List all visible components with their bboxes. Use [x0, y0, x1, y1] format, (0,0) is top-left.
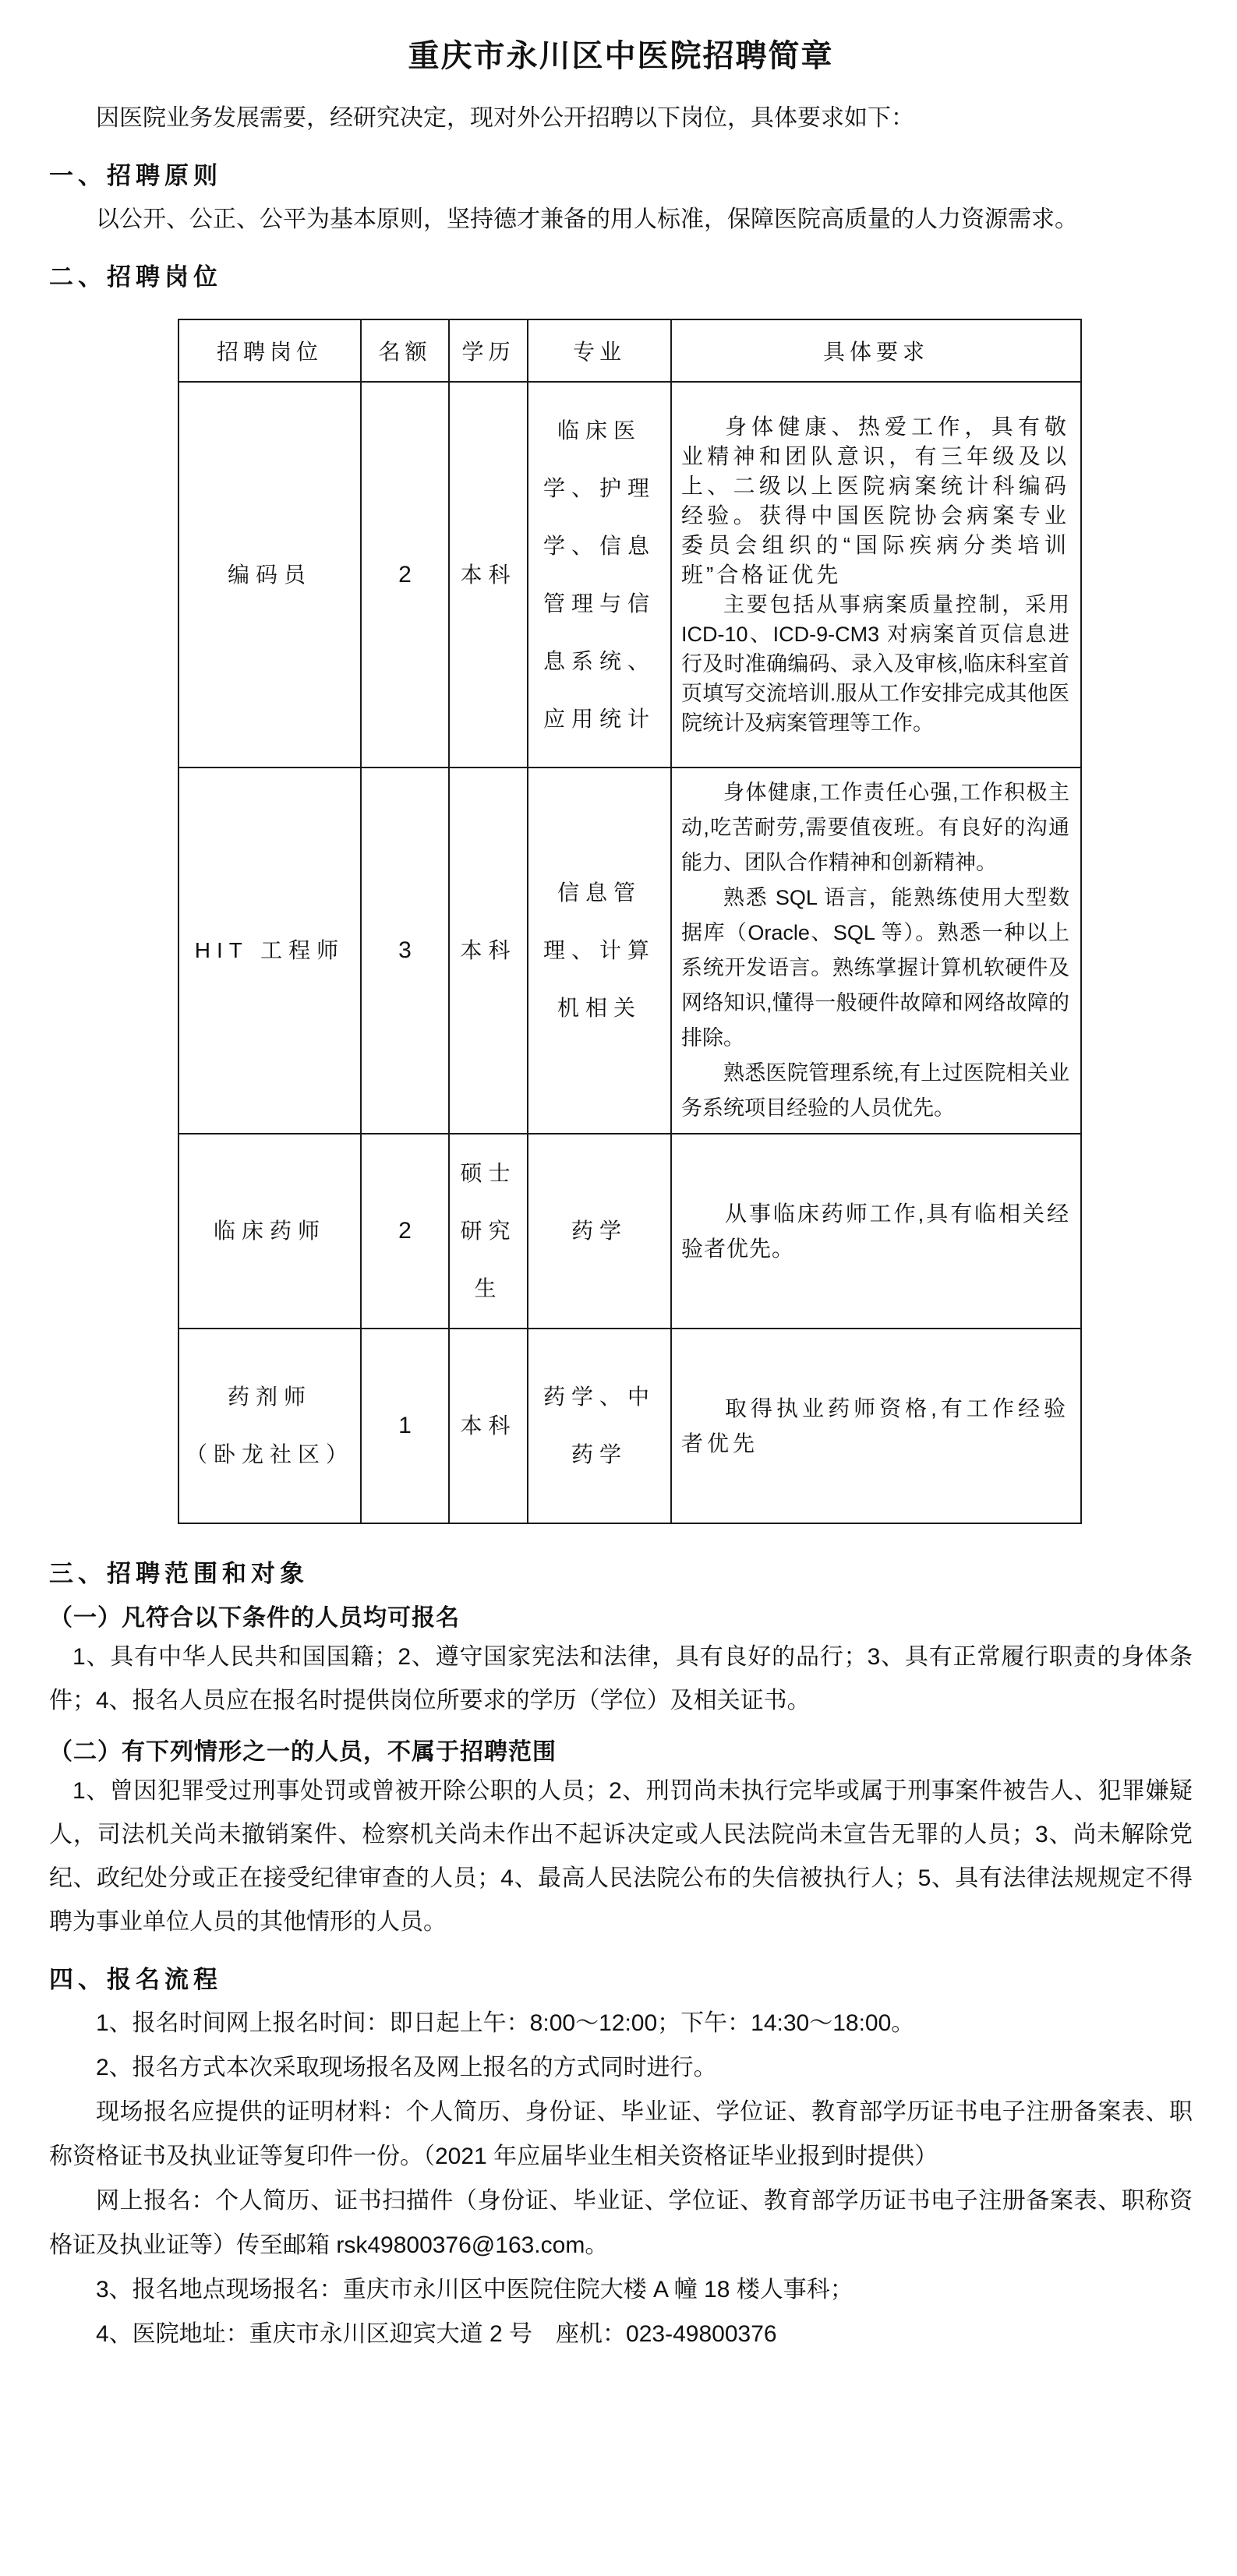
- subsection-2-body: 1、曾因犯罪受过刑事处罚或曾被开除公职的人员；2、刑罚尚未执行完毕或属于刑事案件…: [49, 1770, 1193, 1944]
- major-cell: 药学、中药学: [528, 1329, 671, 1523]
- major-cell: 临床医学、护理学、信息管理与信息系统、应用统计: [528, 382, 671, 768]
- hospital-address-line: 4、医院地址：重庆市永川区迎宾大道 2 号 座机：023-49800376: [49, 2312, 1193, 2356]
- header-major: 专业: [528, 319, 671, 382]
- application-step-method: 2、报名方式本次采取现场报名及网上报名的方式同时进行。: [49, 2045, 1193, 2090]
- header-position: 招聘岗位: [178, 319, 361, 382]
- quota-cell: 2: [361, 382, 449, 768]
- section-2-heading: 二、招聘岗位: [49, 257, 1193, 292]
- education-cell: 本科: [449, 768, 528, 1134]
- header-education: 学历: [449, 319, 528, 382]
- application-onsite-materials: 现场报名应提供的证明材料：个人简历、身份证、毕业证、学位证、教育部学历证书电子注…: [49, 2090, 1193, 2179]
- subsection-1-heading: （一）凡符合以下条件的人员均可报名: [49, 1598, 1193, 1632]
- position-cell: 药剂师 （卧龙社区）: [178, 1329, 361, 1523]
- quota-cell: 3: [361, 768, 449, 1134]
- intro-paragraph: 因医院业务发展需要，经研究决定，现对外公开招聘以下岗位，具体要求如下：: [49, 96, 1193, 140]
- subsection-1-body: 1、具有中华人民共和国国籍；2、遵守国家宪法和法律，具有良好的品行；3、具有正常…: [49, 1636, 1193, 1723]
- application-step-location: 3、报名地点现场报名：重庆市永川区中医院住院大楼 A 幢 18 楼人事科；: [49, 2267, 1193, 2312]
- position-cell: 临床药师: [178, 1134, 361, 1329]
- section-1-heading: 一、招聘原则: [49, 156, 1193, 191]
- position-cell: 编码员: [178, 382, 361, 768]
- education-cell: 硕士研究生: [449, 1134, 528, 1329]
- table-row: 临床药师 2 硕士研究生 药学 从事临床药师工作,具有临相关经验者优先。: [178, 1134, 1081, 1329]
- requirement-paragraph: 熟悉医院管理系统,有上过医院相关业务系统项目经验的人员优先。: [681, 1056, 1069, 1126]
- requirement-paragraph: 从事临床药师工作,具有临相关经验者优先。: [681, 1196, 1069, 1266]
- major-cell: 信息管理、计算机相关: [528, 768, 671, 1134]
- quota-cell: 1: [361, 1329, 449, 1523]
- requirements-cell: 身体健康,工作责任心强,工作积极主动,吃苦耐劳,需要值夜班。有良好的沟通能力、团…: [671, 768, 1081, 1134]
- requirement-paragraph: 取得执业药师资格,有工作经验者优先: [681, 1391, 1069, 1461]
- education-cell: 本科: [449, 382, 528, 768]
- requirements-cell: 身体健康、热爱工作，具有敬业精神和团队意识，有三年级及以上、二级以上医院病案统计…: [671, 382, 1081, 768]
- subsection-2-heading: （二）有下列情形之一的人员，不属于招聘范围: [49, 1732, 1193, 1766]
- education-cell: 本科: [449, 1329, 528, 1523]
- application-step-time: 1、报名时间网上报名时间：即日起上午：8:00～12:00；下午：14:30～1…: [49, 2001, 1193, 2045]
- requirements-cell: 从事临床药师工作,具有临相关经验者优先。: [671, 1134, 1081, 1329]
- section-4-heading: 四、报名流程: [49, 1960, 1193, 1995]
- header-requirements: 具体要求: [671, 319, 1081, 382]
- table-row: 药剂师 （卧龙社区） 1 本科 药学、中药学 取得执业药师资格,有工作经验者优先: [178, 1329, 1081, 1523]
- requirements-cell: 取得执业药师资格,有工作经验者优先: [671, 1329, 1081, 1523]
- requirement-paragraph: 主要包括从事病案质量控制，采用ICD-10、ICD-9-CM3 对病案首页信息进…: [681, 590, 1069, 738]
- table-header-row: 招聘岗位 名额 学历 专业 具体要求: [178, 319, 1081, 382]
- positions-table: 招聘岗位 名额 学历 专业 具体要求 编码员 2 本科 临床医学、护理学、信息管…: [178, 319, 1082, 1524]
- quota-cell: 2: [361, 1134, 449, 1329]
- table-row: HIT 工程师 3 本科 信息管理、计算机相关 身体健康,工作责任心强,工作积极…: [178, 768, 1081, 1134]
- requirement-paragraph: 熟悉 SQL 语言，能熟练使用大型数据库（Oracle、SQL 等）。熟悉一种以…: [681, 880, 1069, 1056]
- document-page: 重庆市永川区中医院招聘简章 因医院业务发展需要，经研究决定，现对外公开招聘以下岗…: [0, 0, 1237, 2403]
- table-row: 编码员 2 本科 临床医学、护理学、信息管理与信息系统、应用统计 身体健康、热爱…: [178, 382, 1081, 768]
- major-cell: 药学: [528, 1134, 671, 1329]
- header-quota: 名额: [361, 319, 449, 382]
- application-online-materials: 网上报名：个人简历、证书扫描件（身份证、毕业证、学位证、教育部学历证书电子注册备…: [49, 2179, 1193, 2267]
- requirement-paragraph: 身体健康、热爱工作，具有敬业精神和团队意识，有三年级及以上、二级以上医院病案统计…: [681, 412, 1069, 590]
- section-1-body: 以公开、公正、公平为基本原则，坚持德才兼备的用人标准，保障医院高质量的人力资源需…: [49, 197, 1193, 242]
- page-title: 重庆市永川区中医院招聘简章: [49, 31, 1193, 76]
- positions-table-wrapper: 招聘岗位 名额 学历 专业 具体要求 编码员 2 本科 临床医学、护理学、信息管…: [178, 319, 1193, 1524]
- requirement-paragraph: 身体健康,工作责任心强,工作积极主动,吃苦耐劳,需要值夜班。有良好的沟通能力、团…: [681, 775, 1069, 880]
- position-cell: HIT 工程师: [178, 768, 361, 1134]
- section-3-heading: 三、招聘范围和对象: [49, 1554, 1193, 1589]
